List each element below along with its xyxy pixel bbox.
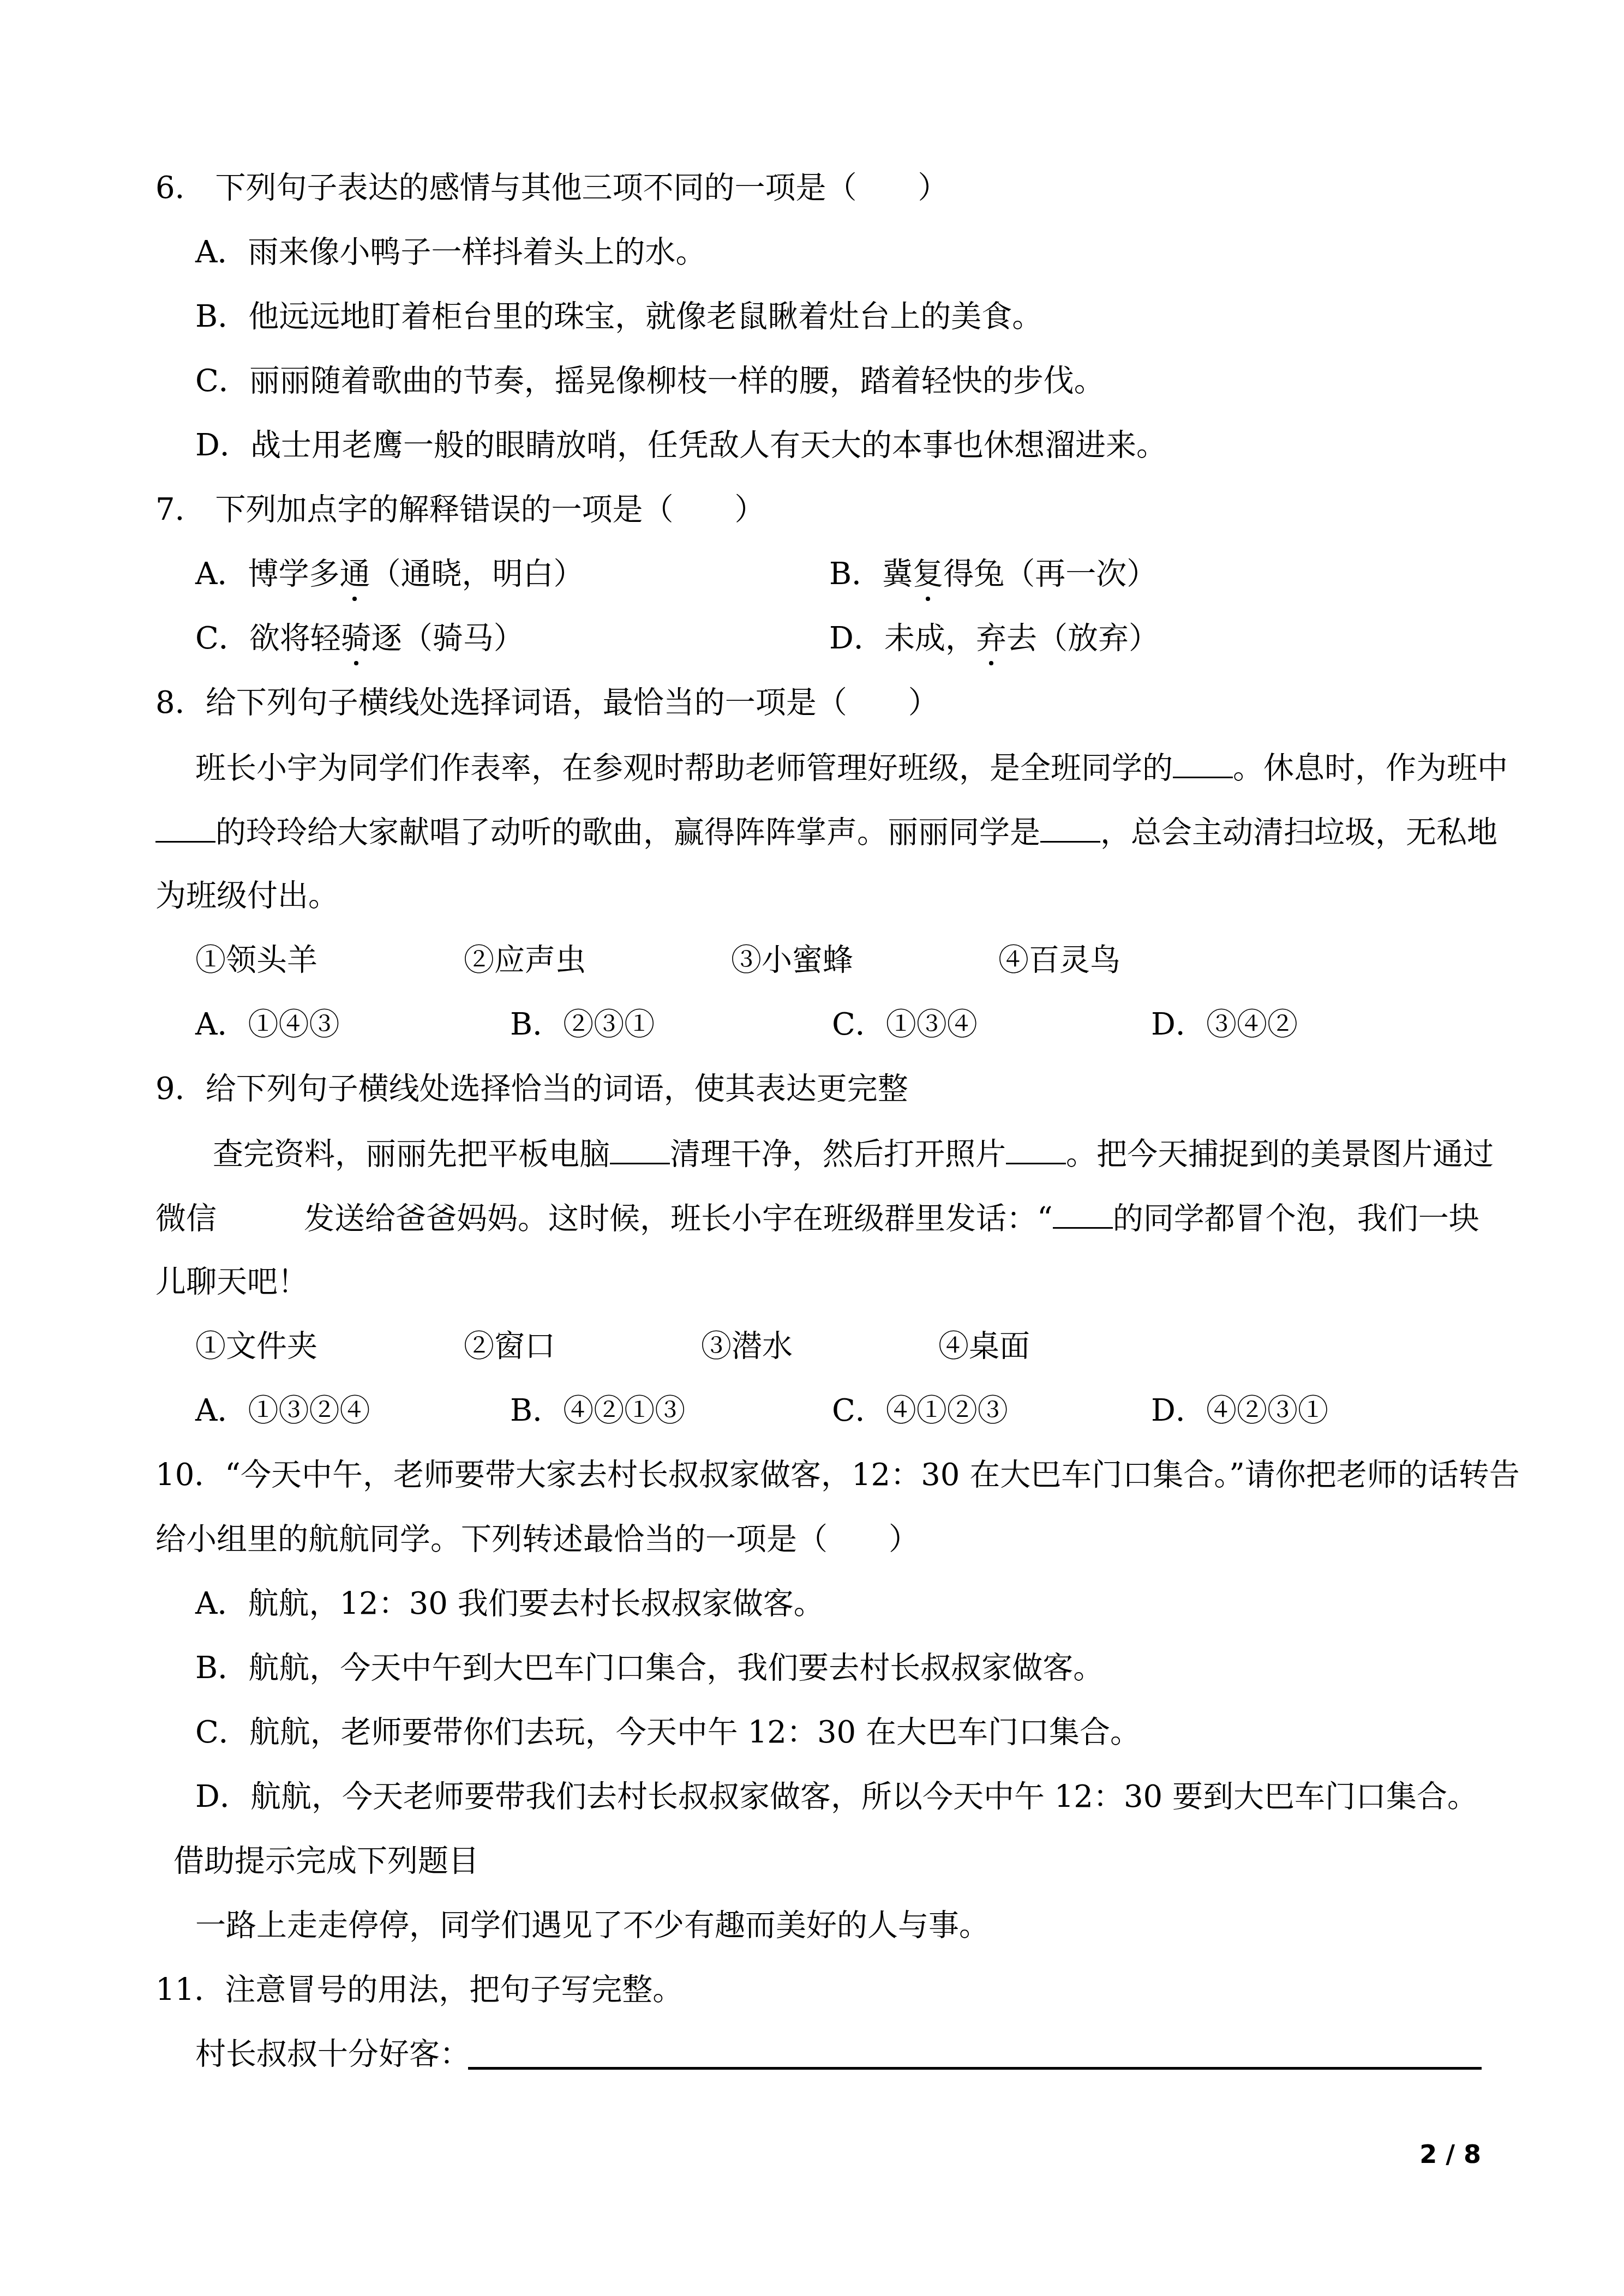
q6-stem: 6． 下列句子表达的感情与其他三项不同的一项是（ ）	[155, 169, 948, 207]
q9-passage-line-2: 微信发送给爸爸妈妈。这时候，班长小宇在班级群里发话：“的同学都冒个泡，我们一块	[155, 1199, 1479, 1238]
q9-word-2: ②窗口	[464, 1327, 555, 1366]
dotted-character: 骑	[341, 620, 371, 658]
page-number: 2 / 8	[1419, 2138, 1481, 2171]
q6-option-c: C．丽丽随着歌曲的节奏，摇晃像柳枝一样的腰，踏着轻快的步伐。	[195, 362, 1105, 400]
q8-stem: 8．给下列句子横线处选择词语，最恰当的一项是（ ）	[155, 684, 939, 722]
option-label: C．	[195, 621, 249, 656]
section-intro: 一路上走走停停，同学们遇见了不少有趣而美好的人与事。	[195, 1907, 990, 1945]
q8-choice-a: A．①④③	[195, 1006, 339, 1044]
q6-option-d: D．战士用老鹰一般的眼睛放哨，任凭敌人有天大的本事也休想溜进来。	[195, 426, 1167, 465]
q10-stem-line-1: 10．“今天中午，老师要带大家去村长叔叔家做客，12：30 在大巴车门口集合。”…	[155, 1456, 1520, 1494]
fill-blank	[610, 1134, 670, 1164]
q10-option-b: B．航航，今天中午到大巴车门口集合，我们要去村长叔叔家做客。	[195, 1649, 1104, 1687]
fill-blank	[155, 813, 215, 843]
option-label: A．	[195, 556, 248, 592]
dotted-character: 弃	[976, 620, 1006, 658]
option-text: 去（放弃）	[1006, 621, 1159, 656]
q7-option-b: B．冀复得兔（再一次）	[829, 555, 1157, 593]
q9-word-4: ④桌面	[938, 1327, 1030, 1366]
q7-option-c: C．欲将轻骑逐（骑马）	[195, 620, 524, 658]
q9-word-3: ③潜水	[701, 1327, 793, 1366]
q11-prompt: 村长叔叔十分好客：	[195, 2035, 470, 2073]
q9-word-1: ①文件夹	[195, 1327, 317, 1366]
option-text: 得兔（再一次）	[943, 556, 1157, 592]
passage-text: 发送给爸爸妈妈。这时候，班长小宇在班级群里发话：“	[304, 1201, 1053, 1236]
section-heading: 借助提示完成下列题目	[173, 1842, 479, 1880]
dotted-character: 通	[339, 555, 370, 593]
q9-choice-c: C．④①②③	[832, 1392, 1008, 1430]
option-label: D．	[829, 621, 884, 656]
q6-option-a: A．雨来像小鸭子一样抖着头上的水。	[195, 233, 706, 272]
q9-choice-b: B．④②①③	[510, 1392, 685, 1430]
passage-text: 微信	[155, 1201, 217, 1236]
q8-word-4: ④百灵鸟	[998, 941, 1120, 979]
option-text: 冀	[882, 556, 913, 592]
q10-stem-line-2: 给小组里的航航同学。下列转述最恰当的一项是（ ）	[155, 1520, 919, 1559]
q11-stem: 11．注意冒号的用法，把句子写完整。	[155, 1971, 683, 2009]
q8-choice-c: C．①③④	[832, 1006, 978, 1044]
passage-text: 的同学都冒个泡，我们一块	[1113, 1201, 1479, 1236]
passage-text: 。休息时，作为班中	[1233, 750, 1508, 786]
option-text: 未成，	[884, 621, 976, 656]
passage-text: 的玲玲给大家献唱了动听的歌曲，赢得阵阵掌声。丽丽同学是	[215, 815, 1040, 850]
answer-line[interactable]	[468, 2067, 1482, 2070]
q6-option-b: B．他远远地盯着柜台里的珠宝，就像老鼠瞅着灶台上的美食。	[195, 298, 1042, 336]
q8-word-1: ①领头羊	[195, 941, 317, 979]
q7-option-a: A．博学多通（通晓，明白）	[195, 555, 584, 593]
q8-choice-b: B．②③①	[510, 1006, 655, 1044]
fill-blank	[1173, 748, 1233, 778]
q8-choice-d: D．③④②	[1151, 1006, 1298, 1044]
option-text: 欲将轻	[249, 621, 341, 656]
fill-blank	[1006, 1134, 1066, 1164]
q9-passage-line-1: 查完资料，丽丽先把平板电脑清理干净，然后打开照片。把今天捕捉到的美景图片通过	[213, 1134, 1494, 1174]
q9-choice-d: D．④②③①	[1151, 1392, 1328, 1430]
passage-text: 班长小宇为同学们作表率，在参观时帮助老师管理好班级，是全班同学的	[195, 750, 1173, 786]
q10-option-d: D．航航，今天老师要带我们去村长叔叔家做客，所以今天中午 12：30 要到大巴车…	[195, 1778, 1478, 1816]
q8-passage-line-2: 的玲玲给大家献唱了动听的歌曲，赢得阵阵掌声。丽丽同学是，总会主动清扫垃圾，无私地	[155, 813, 1497, 852]
q7-stem: 7． 下列加点字的解释错误的一项是（ ）	[155, 491, 765, 529]
q8-passage-line-3: 为班级付出。	[155, 877, 339, 915]
q10-option-a: A．航航，12：30 我们要去村长叔叔家做客。	[195, 1585, 824, 1623]
option-text: 逐（骑马）	[371, 621, 524, 656]
q8-passage-line-1: 班长小宇为同学们作表率，在参观时帮助老师管理好班级，是全班同学的。休息时，作为班…	[195, 748, 1508, 788]
dotted-character: 复	[913, 555, 943, 593]
passage-text: 清理干净，然后打开照片	[670, 1137, 1006, 1172]
passage-text: 查完资料，丽丽先把平板电脑	[213, 1137, 610, 1172]
q8-word-3: ③小蜜蜂	[731, 941, 853, 979]
passage-text: ，总会主动清扫垃圾，无私地	[1100, 815, 1497, 850]
q9-passage-line-3: 儿聊天吧！	[155, 1263, 308, 1301]
q10-option-c: C．航航，老师要带你们去玩，今天中午 12：30 在大巴车门口集合。	[195, 1714, 1141, 1752]
option-text: 博学多	[248, 556, 339, 592]
q9-choice-a: A．①③②④	[195, 1392, 370, 1430]
option-label: B．	[829, 556, 882, 592]
fill-blank	[1053, 1199, 1113, 1229]
q8-word-2: ②应声虫	[464, 941, 586, 979]
q9-stem: 9．给下列句子横线处选择恰当的词语，使其表达更完整	[155, 1070, 908, 1108]
option-text: （通晓，明白）	[370, 556, 584, 592]
fill-blank	[1040, 813, 1100, 843]
q7-option-d: D．未成，弃去（放弃）	[829, 620, 1159, 658]
passage-text: 。把今天捕捉到的美景图片通过	[1066, 1137, 1494, 1172]
